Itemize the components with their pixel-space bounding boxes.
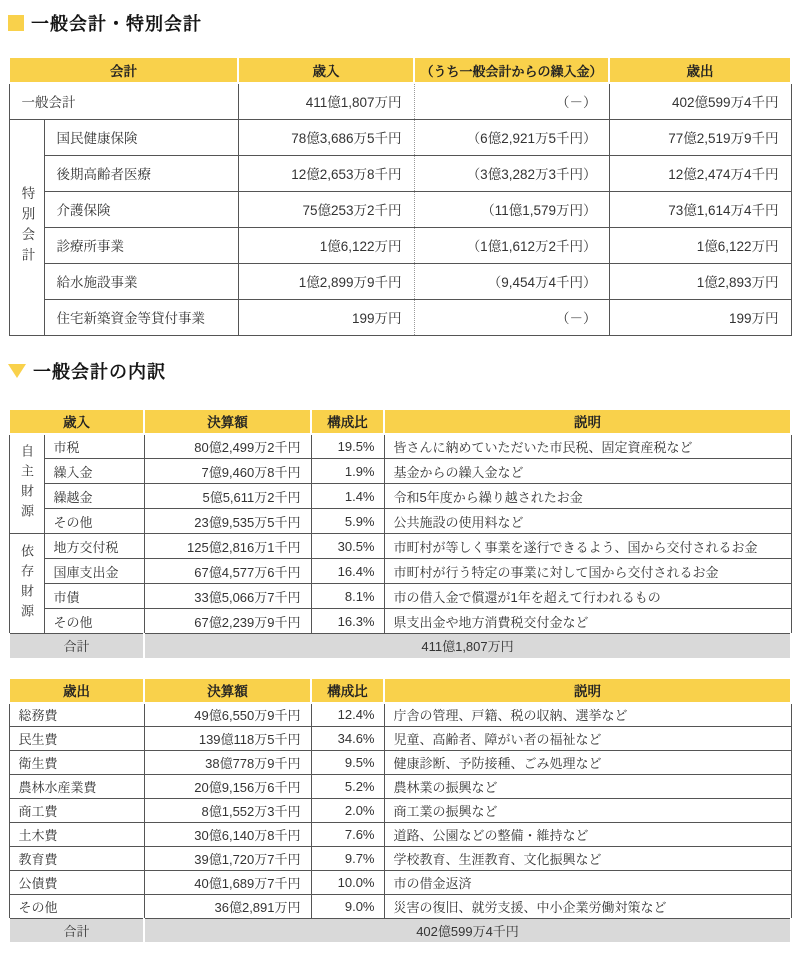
description-cell: 児童、高齢者、障がい者の福祉など — [384, 727, 791, 751]
ratio-cell: 16.4% — [311, 559, 384, 584]
column-header-expenditure: 歳出 — [609, 57, 791, 83]
account-name-cell: 一般会計 — [9, 83, 238, 119]
account-name-cell: 診療所事業 — [44, 227, 238, 263]
category-cell: 繰越金 — [44, 484, 144, 509]
description-cell: 市町村が行う特定の事業に対して国から交付されるお金 — [384, 559, 791, 584]
amount-cell: 67億4,577万6千円 — [144, 559, 311, 584]
table-row: 診療所事業 1億6,122万円 （1億1,612万2千円） 1億6,122万円 — [9, 227, 791, 263]
column-header-account: 会計 — [9, 57, 238, 83]
expenditure-cell: 199万円 — [609, 299, 791, 335]
category-cell: 地方交付税 — [44, 534, 144, 559]
account-name-cell: 介護保険 — [44, 191, 238, 227]
description-cell: 庁舎の管理、戸籍、税の収納、選挙など — [384, 703, 791, 727]
table-row: 繰越金 5億5,611万2千円 1.4% 令和5年度から繰り越されたお金 — [9, 484, 791, 509]
category-cell: 教育費 — [9, 847, 144, 871]
table-row: 公債費 40億1,689万7千円 10.0% 市の借金返済 — [9, 871, 791, 895]
table-row: 後期高齢者医療 12億2,653万8千円 （3億3,282万3千円） 12億2,… — [9, 155, 791, 191]
table-row: 繰入金 7億9,460万8千円 1.9% 基金からの繰入金など — [9, 459, 791, 484]
header-row: 歳入 決算額 構成比 説明 — [9, 409, 791, 434]
category-cell: その他 — [44, 509, 144, 534]
section-title-breakdown: 一般会計の内訳 — [8, 358, 790, 384]
ratio-cell: 5.9% — [311, 509, 384, 534]
account-name-cell: 国民健康保険 — [44, 119, 238, 155]
revenue-cell: 12億2,653万8千円 — [238, 155, 414, 191]
category-cell: 市税 — [44, 434, 144, 459]
amount-cell: 36億2,891万円 — [144, 895, 311, 919]
table-row: 自主財源 市税 80億2,499万2千円 19.5% 皆さんに納めていただいた市… — [9, 434, 791, 459]
header-row: 歳出 決算額 構成比 説明 — [9, 678, 791, 703]
table-row: 土木費 30億6,140万8千円 7.6% 道路、公園などの整備・維持など — [9, 823, 791, 847]
amount-cell: 30億6,140万8千円 — [144, 823, 311, 847]
revenue-cell: 199万円 — [238, 299, 414, 335]
table-row: その他 67億2,239万9千円 16.3% 県支出金や地方消費税交付金など — [9, 609, 791, 634]
category-cell: 商工費 — [9, 799, 144, 823]
table-row: 民生費 139億118万5千円 34.6% 児童、高齢者、障がい者の福祉など — [9, 727, 791, 751]
transfer-cell: （－） — [414, 83, 609, 119]
ratio-cell: 12.4% — [311, 703, 384, 727]
amount-cell: 125億2,816万1千円 — [144, 534, 311, 559]
transfer-cell: （－） — [414, 299, 609, 335]
description-cell: 道路、公園などの整備・維持など — [384, 823, 791, 847]
expenditure-cell: 77億2,519万9千円 — [609, 119, 791, 155]
expenditure-cell: 12億2,474万4千円 — [609, 155, 791, 191]
category-cell: その他 — [44, 609, 144, 634]
revenue-cell: 78億3,686万5千円 — [238, 119, 414, 155]
ratio-cell: 19.5% — [311, 434, 384, 459]
table-row: その他 36億2,891万円 9.0% 災害の復旧、就労支援、中小企業労働対策な… — [9, 895, 791, 919]
category-cell: 土木費 — [9, 823, 144, 847]
description-cell: 公共施設の使用料など — [384, 509, 791, 534]
amount-cell: 40億1,689万7千円 — [144, 871, 311, 895]
dependent-sources-group-label: 依存財源 — [9, 534, 44, 634]
transfer-cell: （3億3,282万3千円） — [414, 155, 609, 191]
revenue-cell: 1億6,122万円 — [238, 227, 414, 263]
total-row: 合計 402億599万4千円 — [9, 919, 791, 943]
expenditure-cell: 1億2,893万円 — [609, 263, 791, 299]
table-row: 衛生費 38億778万9千円 9.5% 健康診断、予防接種、ごみ処理など — [9, 751, 791, 775]
column-header-revenue: 歳入 — [238, 57, 414, 83]
expenditure-cell: 73億1,614万4千円 — [609, 191, 791, 227]
expenditure-cell: 402億599万4千円 — [609, 83, 791, 119]
accounts-table: 会計 歳入 （うち一般会計からの繰入金） 歳出 一般会計 411億1,807万円… — [8, 56, 792, 336]
description-cell: 令和5年度から繰り越されたお金 — [384, 484, 791, 509]
amount-cell: 5億5,611万2千円 — [144, 484, 311, 509]
description-cell: 災害の復旧、就労支援、中小企業労働対策など — [384, 895, 791, 919]
triangle-bullet-icon — [8, 364, 26, 378]
amount-cell: 38億778万9千円 — [144, 751, 311, 775]
category-cell: 市債 — [44, 584, 144, 609]
description-cell: 県支出金や地方消費税交付金など — [384, 609, 791, 634]
column-header-ratio: 構成比 — [311, 409, 384, 434]
description-cell: 市町村が等しく事業を遂行できるよう、国から交付されるお金 — [384, 534, 791, 559]
table-row: 市債 33億5,066万7千円 8.1% 市の借入金で償還が1年を超えて行われる… — [9, 584, 791, 609]
description-cell: 基金からの繰入金など — [384, 459, 791, 484]
table-row: 一般会計 411億1,807万円 （－） 402億599万4千円 — [9, 83, 791, 119]
section-title-accounts: 一般会計・特別会計 — [8, 10, 790, 36]
ratio-cell: 16.3% — [311, 609, 384, 634]
ratio-cell: 9.5% — [311, 751, 384, 775]
total-row: 合計 411億1,807万円 — [9, 634, 791, 659]
amount-cell: 23億9,535万5千円 — [144, 509, 311, 534]
category-cell: 衛生費 — [9, 751, 144, 775]
revenue-cell: 75億253万2千円 — [238, 191, 414, 227]
table-row: 給水施設事業 1億2,899万9千円 （9,454万4千円） 1億2,893万円 — [9, 263, 791, 299]
total-value-cell: 402億599万4千円 — [144, 919, 791, 943]
description-cell: 市の借入金で償還が1年を超えて行われるもの — [384, 584, 791, 609]
column-header-description: 説明 — [384, 409, 791, 434]
transfer-cell: （6億2,921万5千円） — [414, 119, 609, 155]
ratio-cell: 10.0% — [311, 871, 384, 895]
ratio-cell: 9.0% — [311, 895, 384, 919]
revenue-cell: 411億1,807万円 — [238, 83, 414, 119]
amount-cell: 139億118万5千円 — [144, 727, 311, 751]
table-row: 教育費 39億1,720万7千円 9.7% 学校教育、生涯教育、文化振興など — [9, 847, 791, 871]
revenue-cell: 1億2,899万9千円 — [238, 263, 414, 299]
column-header-transfer: （うち一般会計からの繰入金） — [414, 57, 609, 83]
category-cell: その他 — [9, 895, 144, 919]
account-name-cell: 住宅新築資金等貸付事業 — [44, 299, 238, 335]
ratio-cell: 8.1% — [311, 584, 384, 609]
ratio-cell: 1.9% — [311, 459, 384, 484]
column-header-description: 説明 — [384, 678, 791, 703]
ratio-cell: 7.6% — [311, 823, 384, 847]
table-row: 商工費 8億1,552万3千円 2.0% 商工業の振興など — [9, 799, 791, 823]
ratio-cell: 2.0% — [311, 799, 384, 823]
category-cell: 繰入金 — [44, 459, 144, 484]
amount-cell: 33億5,066万7千円 — [144, 584, 311, 609]
table-row: 総務費 49億6,550万9千円 12.4% 庁舎の管理、戸籍、税の収納、選挙な… — [9, 703, 791, 727]
ratio-cell: 1.4% — [311, 484, 384, 509]
ratio-cell: 5.2% — [311, 775, 384, 799]
category-cell: 民生費 — [9, 727, 144, 751]
own-sources-group-label: 自主財源 — [9, 434, 44, 534]
amount-cell: 7億9,460万8千円 — [144, 459, 311, 484]
amount-cell: 67億2,239万9千円 — [144, 609, 311, 634]
account-name-cell: 後期高齢者医療 — [44, 155, 238, 191]
document-page: 一般会計・特別会計 会計 歳入 （うち一般会計からの繰入金） 歳出 一般会計 4… — [0, 0, 798, 944]
total-label-cell: 合計 — [9, 634, 144, 659]
ratio-cell: 30.5% — [311, 534, 384, 559]
expenditure-breakdown-table: 歳出 決算額 構成比 説明 総務費 49億6,550万9千円 12.4% 庁舎の… — [8, 677, 792, 944]
description-cell: 市の借金返済 — [384, 871, 791, 895]
special-accounts-group-label: 特別会計 — [9, 119, 44, 335]
section-title-text: 一般会計の内訳 — [33, 358, 166, 384]
total-value-cell: 411億1,807万円 — [144, 634, 791, 659]
ratio-cell: 9.7% — [311, 847, 384, 871]
category-cell: 農林水産業費 — [9, 775, 144, 799]
revenue-breakdown-table: 歳入 決算額 構成比 説明 自主財源 市税 80億2,499万2千円 19.5%… — [8, 408, 792, 660]
expenditure-cell: 1億6,122万円 — [609, 227, 791, 263]
amount-cell: 39億1,720万7千円 — [144, 847, 311, 871]
amount-cell: 8億1,552万3千円 — [144, 799, 311, 823]
amount-cell: 20億9,156万6千円 — [144, 775, 311, 799]
table-row: 国庫支出金 67億4,577万6千円 16.4% 市町村が行う特定の事業に対して… — [9, 559, 791, 584]
column-header-revenue: 歳入 — [9, 409, 144, 434]
table-row: 農林水産業費 20億9,156万6千円 5.2% 農林業の振興など — [9, 775, 791, 799]
transfer-cell: （1億1,612万2千円） — [414, 227, 609, 263]
table-row: 依存財源 地方交付税 125億2,816万1千円 30.5% 市町村が等しく事業… — [9, 534, 791, 559]
table-row: 介護保険 75億253万2千円 （11億1,579万円） 73億1,614万4千… — [9, 191, 791, 227]
total-label-cell: 合計 — [9, 919, 144, 943]
category-cell: 公債費 — [9, 871, 144, 895]
page-title: 一般会計・特別会計 — [31, 10, 202, 36]
account-name-cell: 給水施設事業 — [44, 263, 238, 299]
table-row: その他 23億9,535万5千円 5.9% 公共施設の使用料など — [9, 509, 791, 534]
column-header-ratio: 構成比 — [311, 678, 384, 703]
description-cell: 商工業の振興など — [384, 799, 791, 823]
description-cell: 農林業の振興など — [384, 775, 791, 799]
amount-cell: 49億6,550万9千円 — [144, 703, 311, 727]
transfer-cell: （9,454万4千円） — [414, 263, 609, 299]
ratio-cell: 34.6% — [311, 727, 384, 751]
table-row: 特別会計 国民健康保険 78億3,686万5千円 （6億2,921万5千円） 7… — [9, 119, 791, 155]
column-header-amount: 決算額 — [144, 678, 311, 703]
transfer-cell: （11億1,579万円） — [414, 191, 609, 227]
category-cell: 総務費 — [9, 703, 144, 727]
description-cell: 学校教育、生涯教育、文化振興など — [384, 847, 791, 871]
square-bullet-icon — [8, 15, 24, 31]
amount-cell: 80億2,499万2千円 — [144, 434, 311, 459]
table-row: 住宅新築資金等貸付事業 199万円 （－） 199万円 — [9, 299, 791, 335]
description-cell: 皆さんに納めていただいた市民税、固定資産税など — [384, 434, 791, 459]
description-cell: 健康診断、予防接種、ごみ処理など — [384, 751, 791, 775]
category-cell: 国庫支出金 — [44, 559, 144, 584]
column-header-amount: 決算額 — [144, 409, 311, 434]
column-header-expenditure: 歳出 — [9, 678, 144, 703]
header-row: 会計 歳入 （うち一般会計からの繰入金） 歳出 — [9, 57, 791, 83]
